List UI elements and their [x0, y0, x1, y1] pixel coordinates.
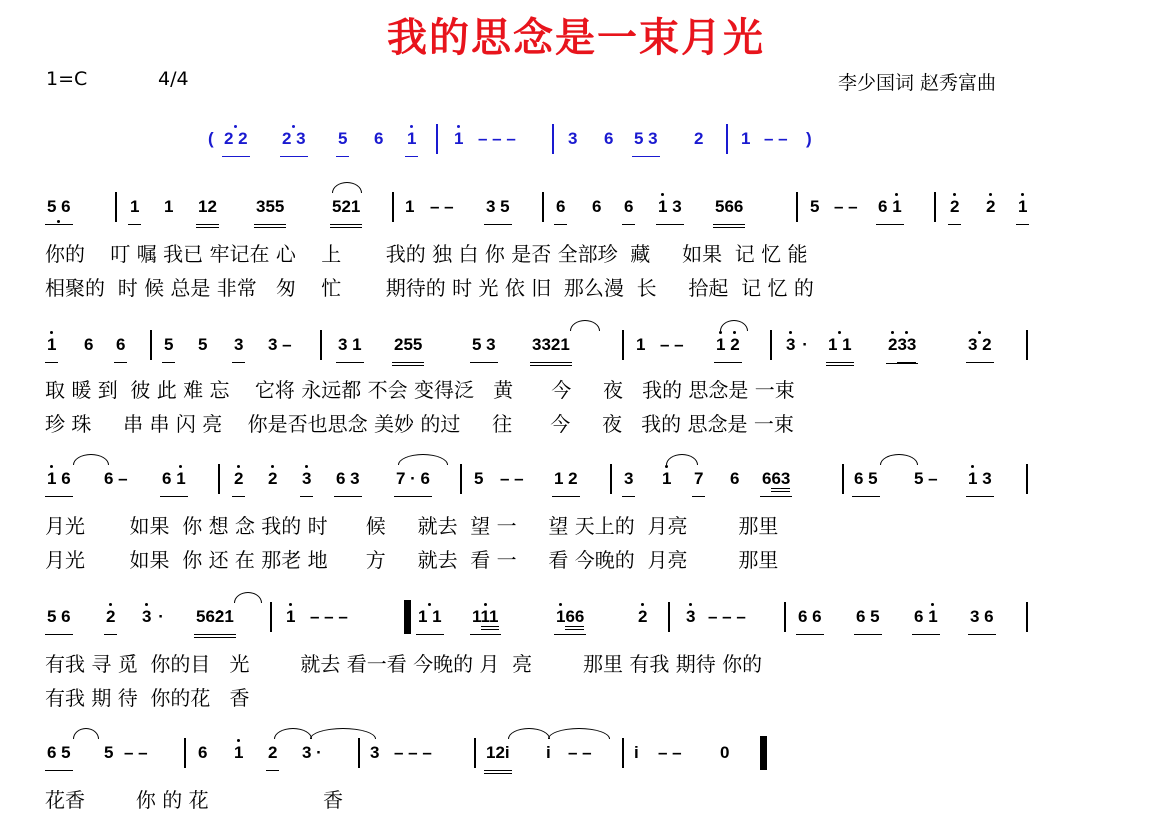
- intro-notes: 1: [405, 122, 418, 156]
- note: 12: [196, 190, 219, 228]
- lyrics-verse-2: 月光 如果 你 还 在 那老 地 方 就去 看 一 看 今晚的 月亮 那里: [45, 544, 778, 573]
- note-group: 6 1: [912, 600, 940, 634]
- note-group: 1: [128, 190, 141, 224]
- note-group: 1 2: [714, 328, 742, 362]
- note: 1: [452, 122, 465, 156]
- intro-notes: – –: [764, 122, 788, 156]
- note: 6: [622, 190, 635, 225]
- note-group: 1 3: [656, 190, 684, 224]
- note: 3: [140, 600, 153, 634]
- note-group: 111: [470, 600, 501, 634]
- note-group: 6 5: [852, 462, 880, 496]
- intro-notes: 2 3: [280, 122, 308, 156]
- note-group: 663: [760, 462, 792, 496]
- note: 6 6: [796, 600, 824, 635]
- lyrics-verse-1: 花香 你 的 花 香: [45, 784, 343, 813]
- note: 1: [892, 190, 901, 224]
- note: 1: [45, 328, 58, 363]
- note-group: 12i: [484, 736, 512, 770]
- note: 7: [692, 462, 705, 497]
- note: 6: [114, 328, 127, 363]
- barline: [770, 330, 772, 360]
- note: 566: [713, 190, 745, 228]
- note-group: – –: [660, 328, 684, 362]
- note: 5 3: [470, 328, 498, 363]
- credits: 李少国词 赵秀富曲: [838, 68, 996, 95]
- note: 166: [554, 600, 586, 635]
- note: 2: [636, 600, 649, 634]
- note-group: 3: [622, 462, 635, 496]
- note-group: 7: [692, 462, 705, 496]
- note-group: 12: [196, 190, 219, 224]
- note-group: i: [546, 736, 551, 770]
- note-group: 6 1: [160, 462, 188, 496]
- note-group: 2: [266, 462, 279, 496]
- note-group: 1 3: [966, 462, 994, 496]
- slur: [570, 320, 600, 331]
- note-group: – –: [658, 736, 682, 770]
- note-group: 3: [370, 736, 379, 770]
- note-group: 3 –: [268, 328, 292, 362]
- note: 2 2: [222, 122, 250, 157]
- barline: [796, 192, 798, 222]
- note-group: – –: [124, 736, 148, 770]
- note: 1: [716, 328, 725, 362]
- note: 5621: [194, 600, 236, 638]
- note: 5 6: [45, 600, 73, 635]
- intro-row: ( 2 2 2 3 5 6 1 1 – – – 3 6 5 3 2 1 – – …: [0, 122, 1152, 162]
- note: 1 3: [966, 462, 994, 497]
- key-signature: 1=C: [46, 68, 87, 90]
- note-group: i: [634, 736, 639, 770]
- note-group: – – –: [310, 600, 348, 634]
- note-group: 3321: [530, 328, 572, 362]
- note-group: 2: [636, 600, 649, 634]
- note: 255: [392, 328, 424, 366]
- note: 1 2: [714, 328, 742, 363]
- intro-notes: 3: [568, 122, 577, 156]
- note-group: 566: [713, 190, 745, 224]
- note-group: 1: [164, 190, 173, 224]
- note-group: – –: [834, 190, 858, 224]
- slur: [880, 454, 918, 465]
- note-group: 2: [232, 462, 245, 496]
- note-group: – – –: [394, 736, 432, 770]
- note: 6 3: [334, 462, 362, 497]
- note: 3321: [530, 328, 572, 366]
- score-line-5: 6 5 5 – – 6 1 2 3 · 3 – – – 12i i – – i …: [0, 736, 1152, 776]
- note: 5 3: [632, 122, 660, 157]
- intro-notes: 5: [336, 122, 349, 156]
- lyrics-verse-1: 你的 叮 嘱 我已 牢记在 心 上 我的 独 白 你 是否 全部珍 藏 如果 记…: [45, 238, 808, 267]
- note-group: 6 –: [104, 462, 128, 496]
- note: 3 1: [336, 328, 364, 363]
- note-group: 5: [198, 328, 207, 362]
- intro-notes: 1: [741, 122, 750, 156]
- note-group: 5: [162, 328, 175, 362]
- note: 2: [232, 462, 245, 497]
- barline: [622, 330, 624, 360]
- note: 1 1: [416, 600, 444, 635]
- note: 3: [784, 328, 797, 362]
- note-group: 3 5: [484, 190, 512, 224]
- note: 355: [254, 190, 286, 228]
- note-group: 5 3: [470, 328, 498, 362]
- intro-notes: 6: [372, 122, 385, 156]
- note: 2: [104, 600, 117, 635]
- note: 6: [554, 190, 567, 225]
- score-line-4: 5 6 2 3 · 5621 1 – – – 1 1 111 166 2 3 –…: [0, 600, 1152, 640]
- note: 3: [232, 328, 245, 363]
- song-title: 我的思念是一束月光: [0, 6, 1152, 63]
- barline: [150, 330, 152, 360]
- lyrics-verse-2: 有我 期 待 你的花 香: [45, 682, 250, 711]
- note-group: 6 5: [854, 600, 882, 634]
- note-group: 1: [660, 462, 673, 496]
- note-group: 6: [592, 190, 601, 224]
- note: 5: [162, 328, 175, 363]
- note: 3 5: [484, 190, 512, 225]
- note: 2: [266, 736, 279, 771]
- note: 2: [266, 462, 279, 496]
- score-line-2: 1 6 6 5 5 3 3 – 3 1 255 5 3 3321 1 – – 1…: [0, 328, 1152, 368]
- note: 6 5: [852, 462, 880, 497]
- note-group: 1 1: [416, 600, 444, 634]
- note: 5: [336, 122, 349, 157]
- note: 2 3: [280, 122, 308, 157]
- barline: [934, 192, 936, 222]
- slur: [508, 728, 550, 739]
- note: 6 1: [912, 600, 940, 635]
- note: 1: [232, 736, 245, 770]
- barline: [552, 124, 554, 154]
- note: 233: [886, 328, 918, 364]
- note: 6 5: [45, 736, 73, 771]
- note: 521: [330, 190, 362, 228]
- intro-close-paren: ): [806, 122, 812, 156]
- note-group: 3 ·: [140, 600, 164, 634]
- barline: [610, 464, 612, 494]
- note-group: 6: [114, 328, 127, 362]
- barline: [542, 192, 544, 222]
- note-group: 7 · 6: [394, 462, 432, 496]
- note: 3: [300, 462, 313, 497]
- intro-notes: 6: [604, 122, 613, 156]
- note: 6 1: [160, 462, 188, 497]
- note-group: 2: [984, 190, 997, 224]
- barline: [218, 464, 220, 494]
- note: 1 3: [656, 190, 684, 225]
- note-group: 3: [232, 328, 245, 362]
- note: 1: [660, 462, 673, 496]
- note-group: 6: [622, 190, 635, 224]
- note: 1: [284, 600, 297, 634]
- barline: [270, 602, 272, 632]
- note-group: 1: [284, 600, 297, 634]
- barline: [392, 192, 394, 222]
- note: 1: [405, 122, 418, 157]
- note-group: 6 5: [45, 736, 73, 770]
- note-group: 3 1: [336, 328, 364, 362]
- note: 2: [948, 190, 961, 225]
- barline: [320, 330, 322, 360]
- note: 1: [1016, 190, 1029, 225]
- note-group: 355: [254, 190, 286, 224]
- note-group: 3 2: [966, 328, 994, 362]
- note-group: 6 3: [334, 462, 362, 496]
- lyrics-verse-1: 有我 寻 觅 你的目 光 就去 看一看 今晚的 月 亮 那里 有我 期待 你的: [45, 648, 762, 677]
- note-group: 3 ·: [302, 736, 322, 770]
- note-group: 1: [636, 328, 645, 362]
- barline: [726, 124, 728, 154]
- barline: [622, 738, 624, 768]
- note-group: 5: [104, 736, 113, 770]
- slur: [398, 454, 448, 465]
- slur: [720, 320, 748, 331]
- note-group: 6 1: [876, 190, 904, 224]
- note: 12i: [484, 736, 512, 774]
- barline: [436, 124, 438, 154]
- intro-notes: 2 2: [222, 122, 250, 156]
- note: 1 6: [45, 462, 73, 497]
- note: 7 · 6: [394, 462, 432, 497]
- note-group: 166: [554, 600, 586, 634]
- note: 3: [684, 600, 697, 634]
- barline: [474, 738, 476, 768]
- note-group: 2: [948, 190, 961, 224]
- note-group: 233: [886, 328, 918, 362]
- note-group: 5 6: [45, 190, 73, 224]
- note: 3 6: [968, 600, 996, 635]
- note-group: 1: [45, 328, 58, 362]
- time-signature: 4/4: [158, 68, 189, 90]
- note: 2: [984, 190, 997, 224]
- slur: [332, 182, 362, 193]
- slur: [234, 592, 262, 603]
- lyrics-verse-2: 珍 珠 串 串 闪 亮 你是否也思念 美妙 的过 往 今 夜 我的 思念是 一束: [45, 408, 794, 437]
- note: 1 1: [826, 328, 854, 366]
- intro-notes: 2: [694, 122, 703, 156]
- note-group: 5621: [194, 600, 236, 634]
- note: 1: [658, 190, 667, 224]
- note-group: 2: [266, 736, 279, 770]
- note: 6 5: [854, 600, 882, 635]
- note: 111: [470, 600, 501, 635]
- final-barline: [760, 736, 767, 770]
- note-group: 1 1: [826, 328, 854, 362]
- note-group: 255: [392, 328, 424, 362]
- note-group: 6 6: [796, 600, 824, 634]
- note-group: 3 6: [968, 600, 996, 634]
- note-group: 3: [300, 462, 313, 496]
- note-group: 1: [405, 190, 414, 224]
- note: 3 2: [966, 328, 994, 363]
- barline: [1026, 464, 1028, 494]
- barline: [1026, 330, 1028, 360]
- note-group: – –: [568, 736, 592, 770]
- barline: [842, 464, 844, 494]
- note-group: 6: [198, 736, 207, 770]
- score-line-1: 5 6 1 1 12 355 521 1 – – 3 5 6 6 6 1 3 5…: [0, 190, 1152, 230]
- note-group: 5 –: [914, 462, 938, 496]
- note-group: 1: [232, 736, 245, 770]
- note: 3: [622, 462, 635, 497]
- barline: [1026, 602, 1028, 632]
- barline: [784, 602, 786, 632]
- note-group: 1 2: [552, 462, 580, 496]
- note-group: 3 ·: [784, 328, 808, 362]
- note-group: 6: [730, 462, 739, 496]
- score-line-3: 1 6 6 – 6 1 2 2 3 6 3 7 · 6 5 – – 1 2 3 …: [0, 462, 1152, 502]
- note-group: 1 6: [45, 462, 73, 496]
- note: 6: [372, 122, 385, 156]
- note-group: – –: [500, 462, 524, 496]
- intro-notes: – – –: [478, 122, 516, 156]
- barline: [460, 464, 462, 494]
- note: 1: [128, 190, 141, 225]
- lyrics-verse-1: 取 暖 到 彼 此 难 忘 它将 永远都 不会 变得泛 黄 今 夜 我的 思念是…: [45, 374, 795, 403]
- note: 1 2: [552, 462, 580, 497]
- note-group: 5 6: [45, 600, 73, 634]
- intro-notes: 1: [452, 122, 465, 156]
- barline: [358, 738, 360, 768]
- note-group: 2: [104, 600, 117, 634]
- note-group: 521: [330, 190, 362, 224]
- note: 6 1: [876, 190, 904, 225]
- note: 5 6: [45, 190, 73, 225]
- intro-notes: 5 3: [632, 122, 660, 156]
- note: 663: [760, 462, 792, 497]
- note: 2: [730, 328, 739, 362]
- note-group: – –: [430, 190, 454, 224]
- barline: [184, 738, 186, 768]
- intro-open-paren: (: [208, 122, 214, 156]
- note-group: 5: [810, 190, 819, 224]
- lyrics-verse-1: 月光 如果 你 想 念 我的 时 候 就去 望 一 望 天上的 月亮 那里: [45, 510, 778, 539]
- note-group: – – –: [708, 600, 746, 634]
- note-group: 1: [1016, 190, 1029, 224]
- note-group: 3: [684, 600, 697, 634]
- note-group: 0: [720, 736, 729, 770]
- note-group: 6: [84, 328, 93, 362]
- barline: [115, 192, 117, 222]
- repeat-barline: [404, 600, 411, 634]
- slur: [73, 728, 99, 739]
- lyrics-verse-2: 相聚的 时 候 总是 非常 匆 忙 期待的 时 光 依 旧 那么漫 长 拾起 记…: [45, 272, 814, 301]
- note-group: 5: [474, 462, 483, 496]
- barline: [668, 602, 670, 632]
- note-group: 6: [554, 190, 567, 224]
